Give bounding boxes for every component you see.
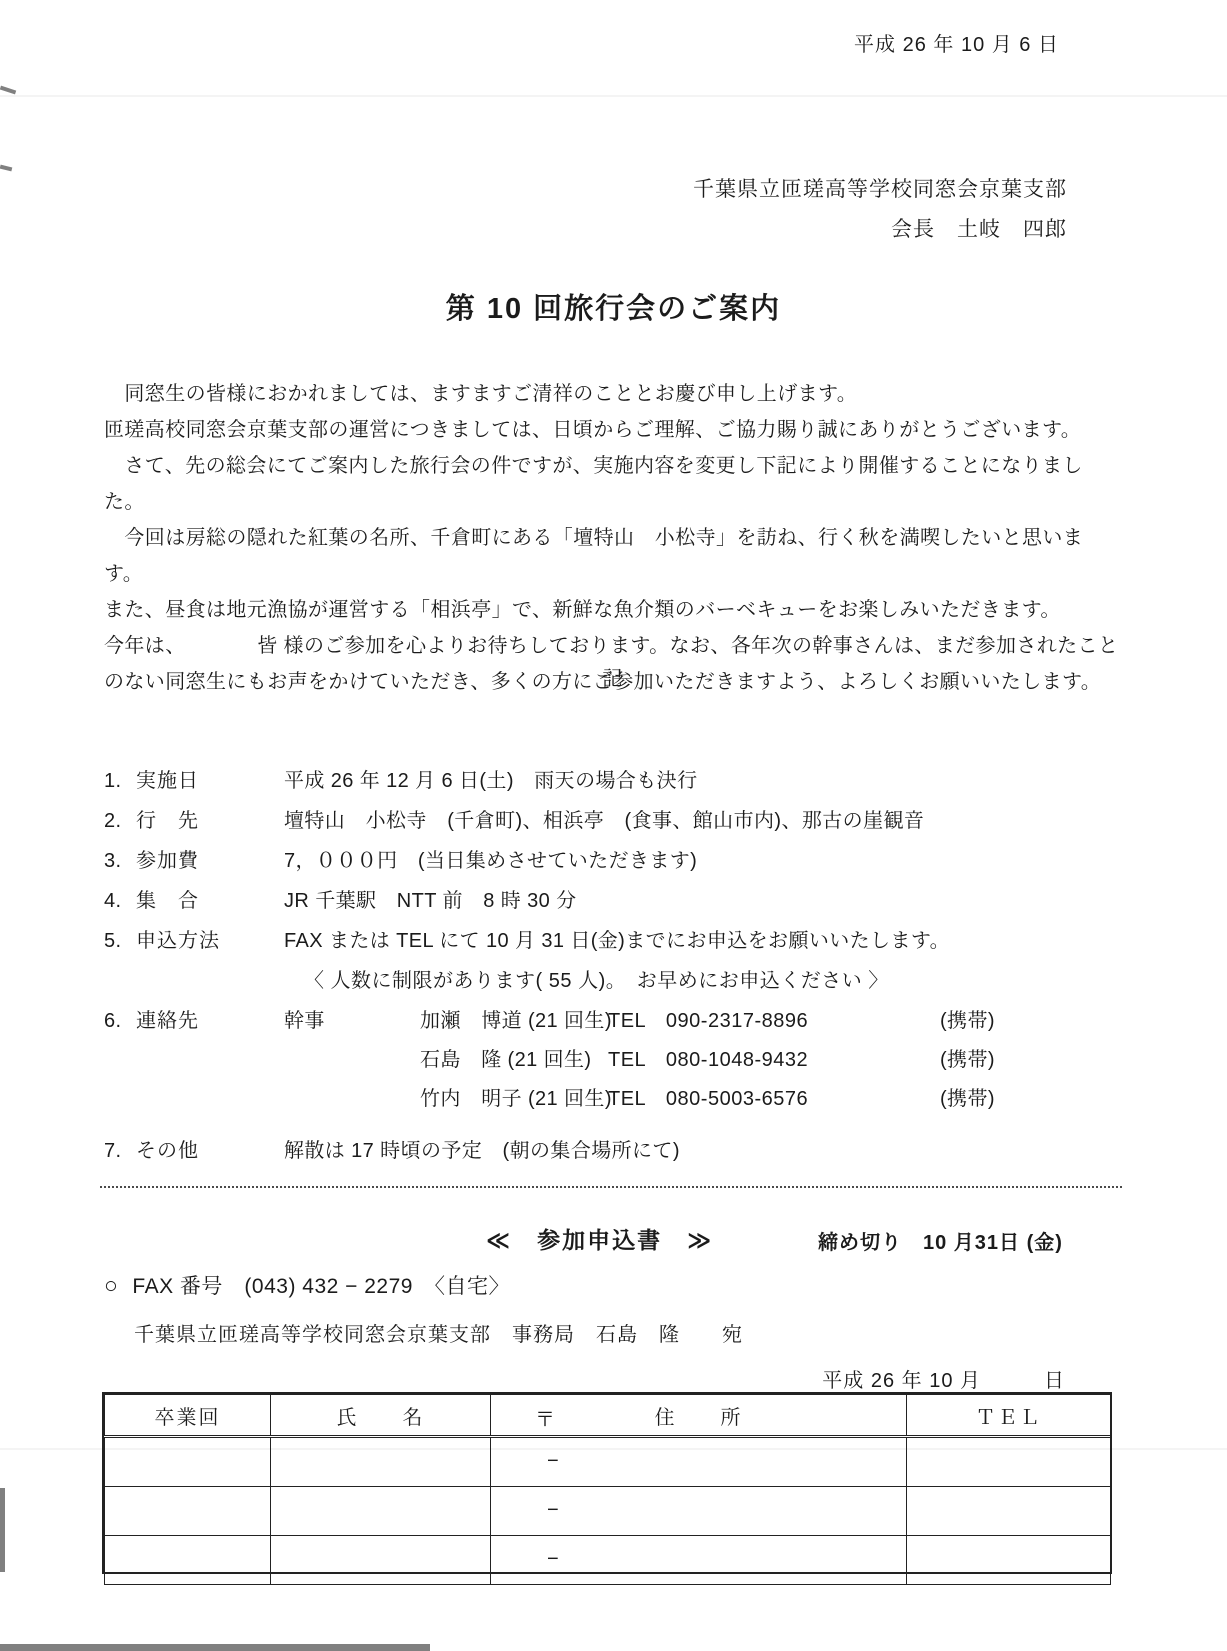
scan-artifact (0, 1644, 430, 1651)
item-label: 参加費 (136, 848, 284, 875)
contact-phone: TEL 080-1048-9432 (608, 1047, 940, 1074)
item-label: 集 合 (136, 888, 284, 915)
contact-row: 加瀬 博道 (21 回生) TEL 090-2317-8896 (携帯) (420, 1008, 1124, 1035)
body-paragraph: 今回は房総の隠れた紅葉の名所、千倉町にある「壇特山 小松寺」を訪ね、行く秋を満喫… (104, 520, 1119, 592)
capacity-note: 〈 人数に制限があります( 55 人)。 お早めにお申込ください 〉 (304, 968, 1124, 995)
sender-organization: 千葉県立匝瑳高等学校同窓会京葉支部 (693, 170, 1067, 210)
contact-phone: TEL 090-2317-8896 (608, 1008, 940, 1035)
item-value: 平成 26 年 12 月 6 日(土) 雨天の場合も決行 (284, 768, 1124, 795)
item-number: 3. (104, 848, 136, 875)
item-value: 7，０００円 (当日集めさせていただきます) (284, 848, 1124, 875)
cell-tel[interactable] (907, 1437, 1111, 1487)
cell-graduation-class[interactable] (105, 1487, 271, 1536)
list-item-contacts: 6. 連絡先 幹事 加瀬 博道 (21 回生) TEL 090-2317-889… (104, 1008, 1124, 1125)
item-value: JR 千葉駅 NTT 前 8 時 30 分 (284, 888, 1124, 915)
item-number: 1. (104, 768, 136, 795)
cell-address[interactable]: − (491, 1536, 907, 1585)
item-label: 連絡先 (136, 1008, 284, 1125)
item-value: FAX または TEL にて 10 月 31 日(金)までにお申込をお願いいたし… (284, 928, 1124, 955)
cell-address[interactable]: − (491, 1487, 907, 1536)
contact-phone-type: (携帯) (940, 1086, 995, 1113)
cell-graduation-class[interactable] (105, 1536, 271, 1585)
item-label: 行 先 (136, 808, 284, 835)
contact-phone-type: (携帯) (940, 1047, 995, 1074)
scan-artifact (0, 1488, 5, 1572)
scanned-document-page: 平成 26 年 10 月 6 日 千葉県立匝瑳高等学校同窓会京葉支部 会長 土岐… (0, 0, 1227, 1651)
postal-code-dash: − (547, 1499, 559, 1522)
body-paragraph: 同窓生の皆様におかれましては、ますますご清祥のこととお慶び申し上げます。 (104, 376, 1119, 412)
sender-block: 千葉県立匝瑳高等学校同窓会京葉支部 会長 土岐 四郎 (693, 170, 1067, 250)
item-number: 7. (104, 1138, 136, 1165)
dashed-divider (100, 1186, 1122, 1188)
item-number: 6. (104, 1008, 136, 1125)
details-list: 1. 実施日 平成 26 年 12 月 6 日(土) 雨天の場合も決行 2. 行… (104, 768, 1124, 1178)
contact-phone-type: (携帯) (940, 1008, 995, 1035)
body-paragraph: 今年は、 皆 様のご参加を心よりお待ちしております。なお、各年次の幹事さんは、ま… (104, 628, 1119, 664)
item-label: 申込方法 (136, 928, 284, 955)
list-item-other: 7. その他 解散は 17 時頃の予定 (朝の集合場所にて) (104, 1138, 1124, 1165)
contact-row: 石島 隆 (21 回生) TEL 080-1048-9432 (携帯) (420, 1047, 1124, 1074)
list-item-fee: 3. 参加費 7，０００円 (当日集めさせていただきます) (104, 848, 1124, 875)
cell-name[interactable] (271, 1536, 491, 1585)
document-title: 第 10 回旅行会のご案内 (0, 286, 1227, 327)
body-paragraph: また、昼食は地元漁協が運営する「相浜亭」で、新鮮な魚介類のバーベキューをお楽しみ… (104, 592, 1119, 628)
item-label: 実施日 (136, 768, 284, 795)
item-number: 2. (104, 808, 136, 835)
item-value: 壇特山 小松寺 (千倉町)、相浜亭 (食事、館山市内)、那古の崖観音 (284, 808, 1124, 835)
item-label: その他 (136, 1138, 284, 1165)
list-item-application-method: 5. 申込方法 FAX または TEL にて 10 月 31 日(金)までにお申… (104, 928, 1124, 955)
list-item-meeting: 4. 集 合 JR 千葉駅 NTT 前 8 時 30 分 (104, 888, 1124, 915)
contact-name: 竹内 明子 (21 回生) (420, 1086, 608, 1113)
header-address: 〒 住 所 (491, 1395, 907, 1437)
item-value: 解散は 17 時頃の予定 (朝の集合場所にて) (284, 1138, 1124, 1165)
fax-number-line: ○ FAX 番号 (043) 432 − 2279 〈自宅〉 (104, 1270, 510, 1300)
item-number: 5. (104, 928, 136, 955)
table-row: − (105, 1536, 1111, 1585)
record-marker: 記 (0, 662, 1227, 691)
table-row: − (105, 1487, 1111, 1536)
fax-number: FAX 番号 (043) 432 − 2279 〈自宅〉 (132, 1270, 510, 1300)
header-address-label: 住 所 (655, 1407, 743, 1429)
document-date: 平成 26 年 10 月 6 日 (854, 28, 1059, 57)
list-item-destination: 2. 行 先 壇特山 小松寺 (千倉町)、相浜亭 (食事、館山市内)、那古の崖観… (104, 808, 1124, 835)
cell-tel[interactable] (907, 1487, 1111, 1536)
cell-name[interactable] (271, 1487, 491, 1536)
cell-address[interactable]: − (491, 1437, 907, 1487)
cell-tel[interactable] (907, 1536, 1111, 1585)
table-header-row: 卒業回 氏 名 〒 住 所 ＴＥＬ (105, 1395, 1111, 1437)
cell-name[interactable] (271, 1437, 491, 1487)
scan-artifact (0, 165, 12, 172)
application-date-line: 平成 26 年 10 月 日 (822, 1364, 1065, 1393)
table-row: − (105, 1437, 1111, 1487)
sender-person: 会長 土岐 四郎 (693, 210, 1067, 250)
postal-code-dash: − (547, 1450, 559, 1473)
list-item-date: 1. 実施日 平成 26 年 12 月 6 日(土) 雨天の場合も決行 (104, 768, 1124, 795)
item-number: 4. (104, 888, 136, 915)
postal-code-dash: − (547, 1548, 559, 1571)
body-paragraph: さて、先の総会にてご案内した旅行会の件ですが、実施内容を変更し下記により開催する… (104, 448, 1119, 520)
application-form-heading: ≪ 参加申込書 ≫ (486, 1222, 713, 1255)
body-paragraphs: 同窓生の皆様におかれましては、ますますご清祥のこととお慶び申し上げます。 匝瑳高… (104, 376, 1119, 700)
scan-artifact (0, 86, 16, 95)
header-tel: ＴＥＬ (907, 1395, 1111, 1437)
scan-crease (0, 95, 1227, 97)
header-graduation-class: 卒業回 (105, 1395, 271, 1437)
body-paragraph: 匝瑳高校同窓会京葉支部の運営につきましては、日頃からご理解、ご協力賜り誠にありが… (104, 412, 1119, 448)
circle-bullet-icon: ○ (104, 1274, 118, 1297)
fax-addressee: 千葉県立匝瑳高等学校同窓会京葉支部 事務局 石島 隆 宛 (134, 1318, 743, 1347)
contact-name: 石島 隆 (21 回生) (420, 1047, 608, 1074)
postal-mark-icon: 〒 (535, 1403, 557, 1432)
application-deadline: 締め切り 10 月31日 (金) (818, 1226, 1063, 1255)
application-table: 卒業回 氏 名 〒 住 所 ＴＥＬ − (104, 1394, 1111, 1585)
cell-graduation-class[interactable] (105, 1437, 271, 1487)
contact-name: 加瀬 博道 (21 回生) (420, 1008, 608, 1035)
contact-phone: TEL 080-5003-6576 (608, 1086, 940, 1113)
header-name: 氏 名 (271, 1395, 491, 1437)
contact-role: 幹事 (284, 1008, 420, 1125)
contact-row: 竹内 明子 (21 回生) TEL 080-5003-6576 (携帯) (420, 1086, 1124, 1113)
